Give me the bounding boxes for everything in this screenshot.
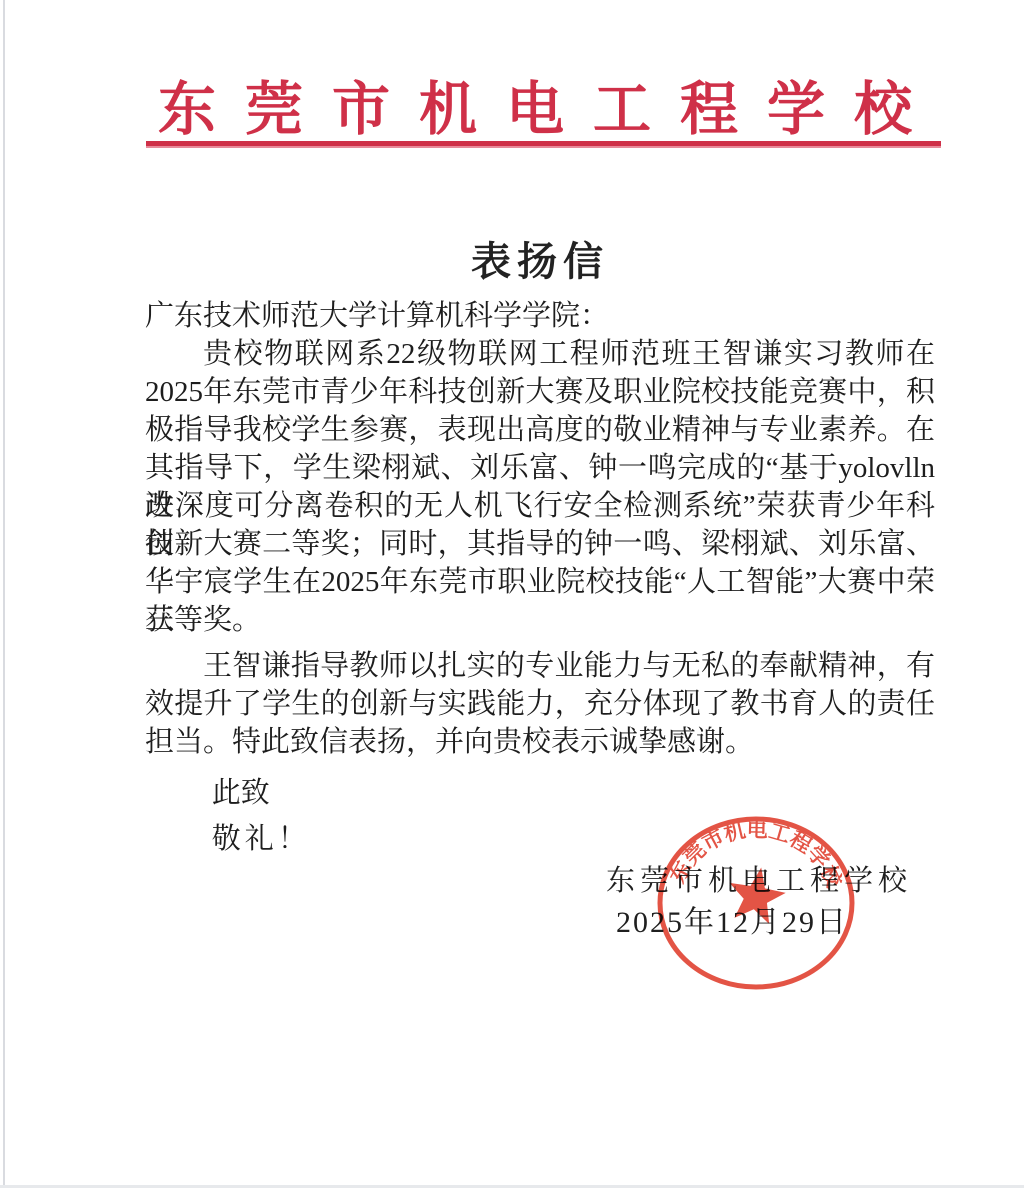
body-line: 三等奖。 bbox=[145, 601, 935, 639]
recipient-line: 广东技术师范大学计算机科学学院： bbox=[145, 297, 935, 335]
body-line: 担当。特此致信表扬，并向贵校表示诚挚感谢。 bbox=[145, 723, 935, 761]
letterhead-rule bbox=[146, 141, 941, 148]
body-line: 2025年东莞市青少年科技创新大赛及职业院校技能竞赛中，积 bbox=[145, 373, 935, 411]
body-line: 王智谦指导教师以扎实的专业能力与无私的奉献精神，有 bbox=[145, 647, 935, 685]
scanned-letter-page: 东莞市机电工程学校 表扬信 广东技术师范大学计算机科学学院： 贵校物联网系22级… bbox=[0, 0, 1024, 1188]
scan-edge-artifact-left bbox=[3, 0, 5, 1188]
letter-body: 广东技术师范大学计算机科学学院： 贵校物联网系22级物联网工程师范班王智谦实习教… bbox=[145, 297, 935, 858]
body-line: 极指导我校学生参赛，表现出高度的敬业精神与专业素养。在 bbox=[145, 411, 935, 449]
letterhead-school-name: 东莞市机电工程学校 bbox=[158, 62, 958, 146]
body-line: 效提升了学生的创新与实践能力，充分体现了教书育人的责任 bbox=[145, 685, 935, 723]
body-line: 贵校物联网系22级物联网工程师范班王智谦实习教师在 bbox=[145, 335, 935, 373]
body-line: 其指导下，学生梁栩斌、刘乐富、钟一鸣完成的“基于yolovlln改 bbox=[145, 449, 935, 487]
seal-star-icon bbox=[724, 863, 790, 926]
official-seal-stamp: 东莞市机电工程学校 bbox=[645, 805, 867, 1003]
body-line: 进深度可分离卷积的无人机飞行安全检测系统”荣获青少年科技 bbox=[145, 487, 935, 525]
body-line: 华宇宸学生在2025年东莞市职业院校技能“人工智能”大赛中荣获 bbox=[145, 563, 935, 601]
body-line: 创新大赛二等奖；同时，其指导的钟一鸣、梁栩斌、刘乐富、 bbox=[145, 525, 935, 563]
letter-title: 表扬信 bbox=[145, 230, 935, 287]
